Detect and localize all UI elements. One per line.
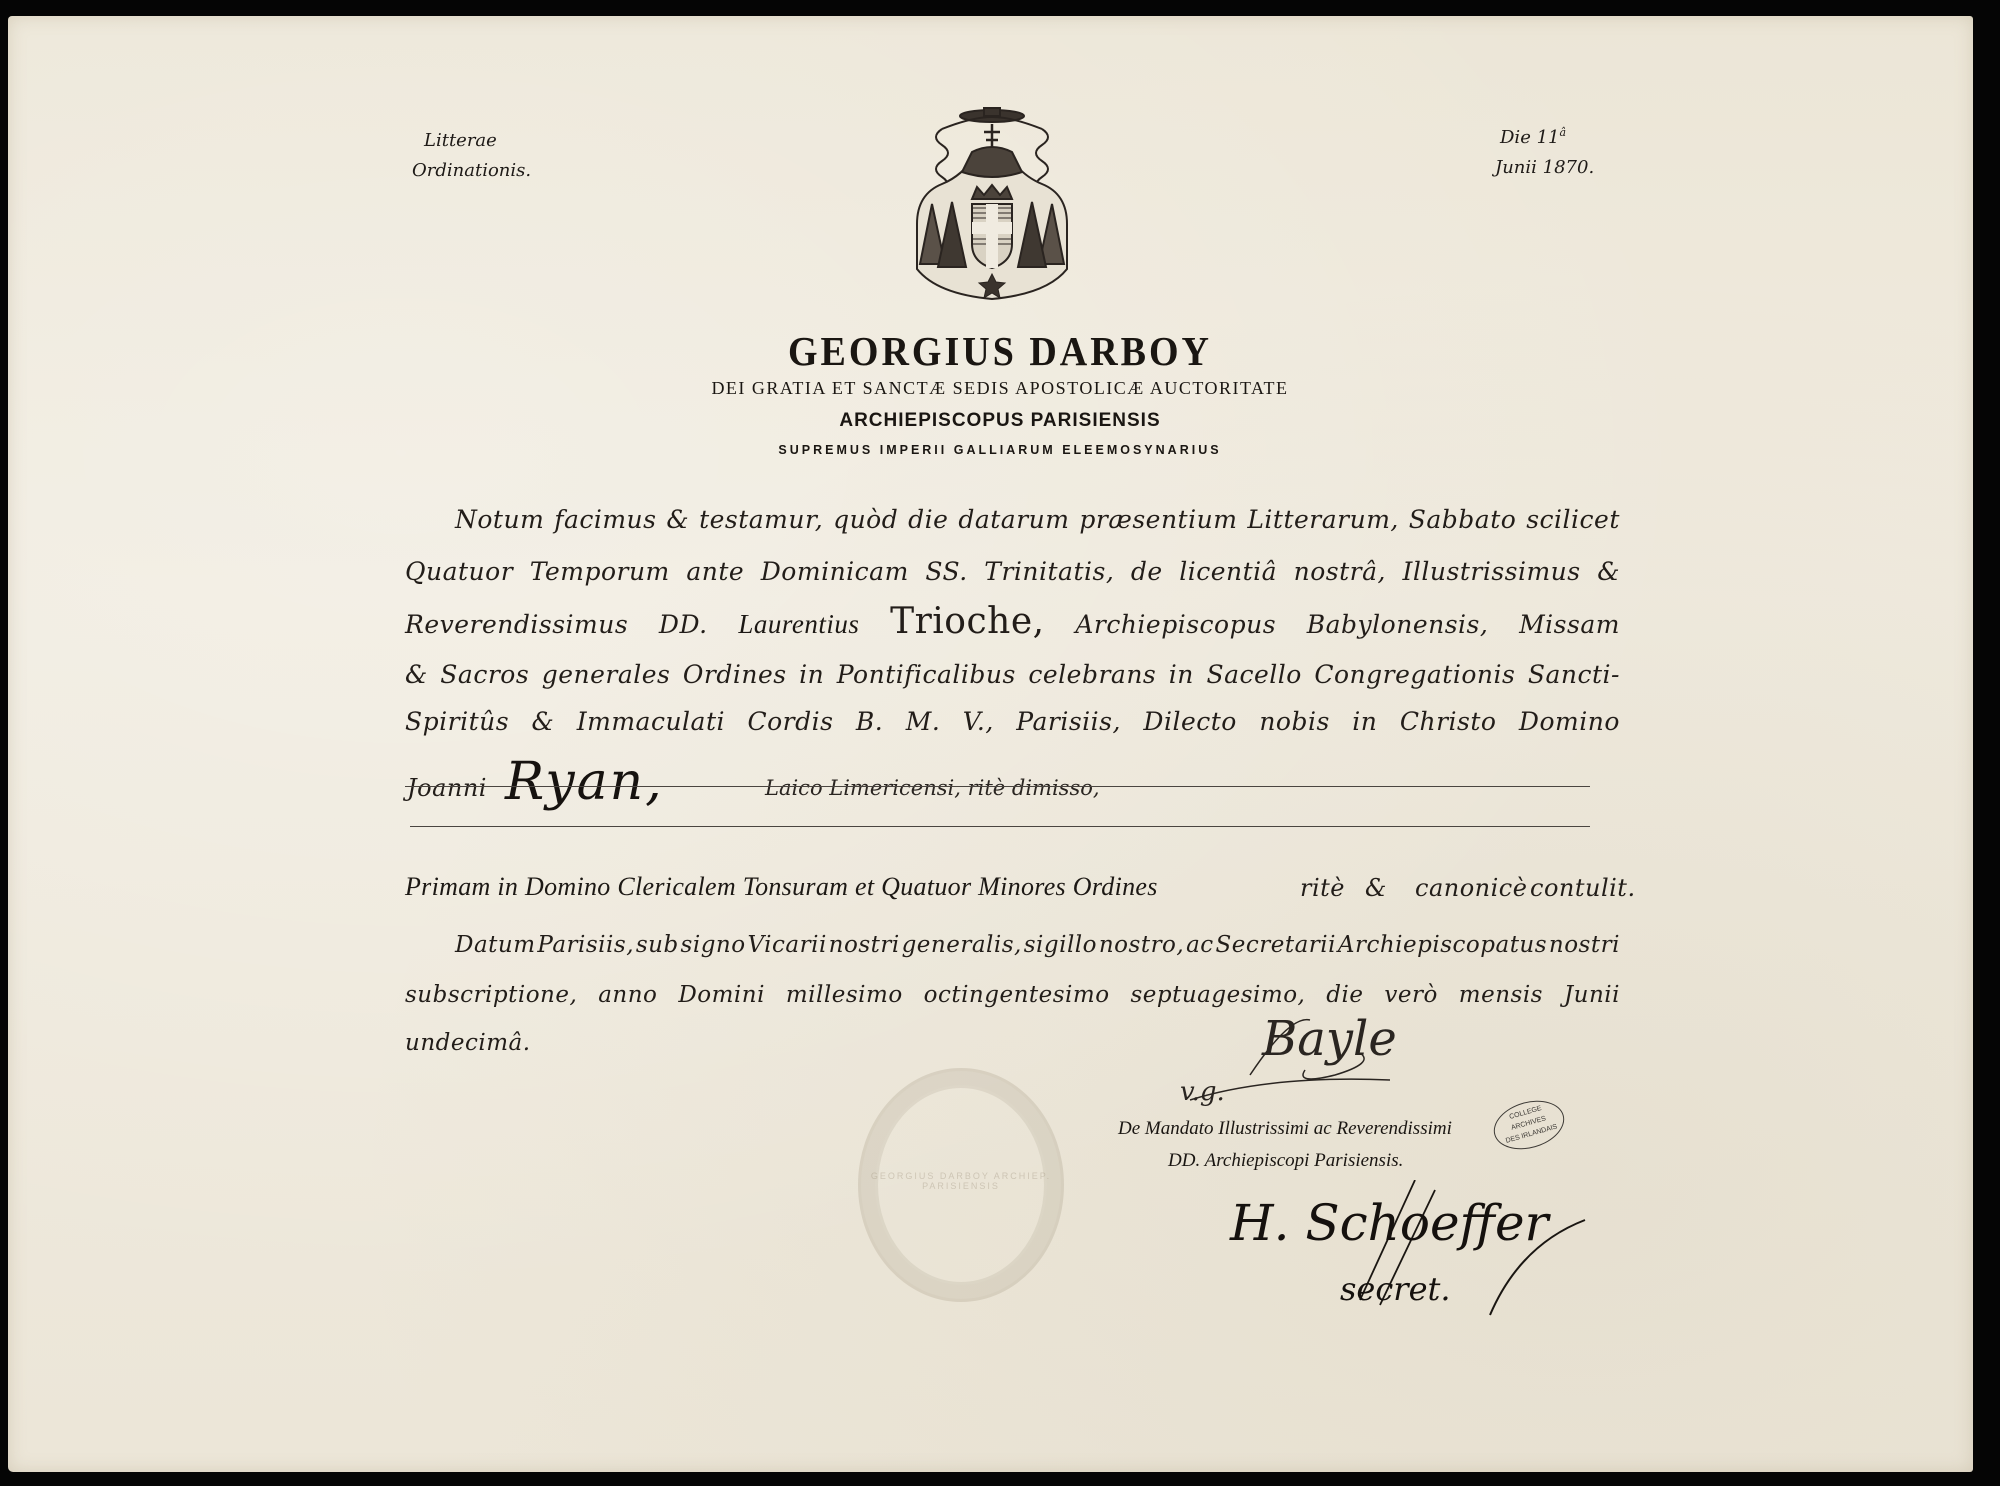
note-ordinationis: Ordinationis.	[412, 156, 531, 186]
order-conferred: Primam in Domino Clericalem Tonsuram et …	[405, 872, 1158, 902]
word: Missam	[1519, 605, 1620, 645]
word: Temporum	[530, 552, 670, 592]
date-day: Die 11	[1500, 127, 1559, 148]
word: nostri	[1549, 925, 1620, 965]
word: Sacello	[1206, 655, 1301, 695]
word: Domini	[678, 975, 765, 1015]
word: Notum	[455, 500, 544, 540]
word: generales	[542, 655, 671, 695]
word: celebrans	[1028, 655, 1156, 695]
word: &	[1597, 552, 1620, 592]
word: quòd	[833, 500, 898, 540]
word: &	[666, 500, 689, 540]
word: nostri	[829, 925, 900, 965]
word: Domino	[1519, 702, 1620, 742]
word: Quatuor	[405, 552, 513, 592]
datum-line-2: subscriptione, anno Domini millesimo oct…	[405, 975, 1620, 1015]
word: Trinitatis,	[984, 552, 1114, 592]
secretary-signature-text: H. Schoeffer	[1230, 1194, 1548, 1252]
word: Archiepiscopatus	[1338, 925, 1547, 965]
word: Dominicam	[761, 552, 909, 592]
word: Babylonensis,	[1307, 605, 1489, 645]
recipient-name: Ryan,	[505, 752, 664, 812]
word: Archiepiscopus	[1075, 605, 1276, 645]
recipient-prefix: Joanni	[407, 774, 487, 802]
coat-of-arms-icon	[902, 104, 1082, 309]
header-line-archiepiscopus: ARCHIEPISCOPUS PARISIENSIS	[0, 410, 2000, 432]
top-left-note: Litterae Ordinationis.	[412, 126, 531, 186]
seal-text: GEORGIUS DARBOY ARCHIEP. PARISIENSIS	[861, 1171, 1061, 1191]
word: datarum	[958, 500, 1069, 540]
word: contulit.	[1530, 874, 1636, 902]
note-litterae: Litterae	[412, 126, 531, 156]
vicar-signature: Bayle v.g.	[1180, 1005, 1420, 1115]
archbishop-name: GEORGIUS DARBOY	[0, 328, 2000, 376]
word: DD.	[659, 605, 708, 645]
fill-in-rule-2	[410, 826, 1590, 827]
body-line-3: Reverendissimus DD. Laurentius Trioche, …	[405, 602, 1620, 642]
word: Vicarii	[747, 925, 826, 965]
word: mensis	[1459, 975, 1543, 1015]
word: canonicè	[1415, 874, 1527, 902]
word: Sabbato	[1409, 500, 1517, 540]
top-right-date-note: Die 11â Junii 1870.	[1495, 118, 1594, 183]
body-line-1: Notum facimus & testamur, quòd die datar…	[455, 500, 1620, 540]
word: &	[405, 655, 428, 695]
word: Cordis	[747, 702, 833, 742]
word: anno	[598, 975, 657, 1015]
word: V.,	[963, 702, 994, 742]
word: Ordines	[683, 655, 787, 695]
word: M.	[906, 702, 941, 742]
body-line-4: & Sacros generales Ordines in Pontifical…	[405, 655, 1620, 695]
consecrator-surname: Trioche,	[890, 602, 1045, 642]
word: nostro,	[1099, 925, 1184, 965]
secretary-title: secret.	[1340, 1270, 1451, 1308]
word: Christo	[1400, 702, 1497, 742]
word: in	[1352, 702, 1377, 742]
word: Reverendissimus	[405, 605, 628, 645]
body-line-2: Quatuor Temporum ante Dominicam SS. Trin…	[405, 552, 1620, 592]
word: Sacros	[440, 655, 529, 695]
datum-line-3: undecimâ.	[405, 1030, 531, 1056]
word: Immaculati	[577, 702, 725, 742]
word: &	[532, 702, 555, 742]
word: Pontificalibus	[837, 655, 1016, 695]
word: signo	[681, 925, 746, 965]
word: in	[1169, 655, 1194, 695]
word: subscriptione,	[405, 975, 577, 1015]
body-line-5: Spiritûs & Immaculati Cordis B. M. V., P…	[405, 702, 1620, 742]
header-line-gratia: DEI GRATIA ET SANCTÆ SEDIS APOSTOLICÆ AU…	[0, 378, 2000, 399]
word: B.	[856, 702, 883, 742]
vicar-title: v.g.	[1180, 1077, 1225, 1107]
word: scilicet	[1526, 500, 1620, 540]
word: Datum	[455, 925, 536, 965]
word: sub	[636, 925, 679, 965]
word: Dilecto	[1143, 702, 1236, 742]
word: Sancti-	[1528, 655, 1620, 695]
word: generalis,	[902, 925, 1022, 965]
word: licentiâ	[1179, 552, 1277, 592]
word: facimus	[554, 500, 656, 540]
word: octingentesimo	[924, 975, 1110, 1015]
word: præsentium	[1079, 500, 1237, 540]
vicar-signature-text: Bayle	[1262, 1011, 1397, 1067]
word: nobis	[1259, 702, 1329, 742]
embossed-seal-icon: GEORGIUS DARBOY ARCHIEP. PARISIENSIS	[858, 1068, 1064, 1302]
datum-line-1: Datum Parisiis, sub signo Vicarii nostri…	[455, 925, 1620, 965]
consecrator-first-name: Laurentius	[738, 604, 859, 644]
date-month-year: Junii 1870.	[1495, 153, 1594, 183]
recipient-detail: Laico Limericensi, ritè dimisso,	[765, 776, 1100, 800]
word: Parisiis,	[537, 925, 634, 965]
header-line-supremus: SUPREMUS IMPERII GALLIARUM ELEEMOSYNARIU…	[0, 443, 2000, 457]
secretary-signature: H. Schoeffer secret.	[1220, 1180, 1600, 1330]
word: Spiritûs	[405, 702, 509, 742]
word: die	[908, 500, 948, 540]
word: Illustrissimus	[1403, 552, 1581, 592]
mandate-line-2: DD. Archiepiscopi Parisiensis.	[1168, 1150, 1403, 1172]
mandate-line-1: De Mandato Illustrissimi ac Reverendissi…	[1118, 1118, 1452, 1140]
word: nostrâ,	[1294, 552, 1386, 592]
fill-in-rule-1	[405, 786, 1590, 787]
date-day-sup: â	[1559, 126, 1566, 139]
recipient-line: Joanni Ryan, Laico Limericensi, ritè dim…	[405, 760, 1605, 820]
word: Secretarii	[1216, 925, 1337, 965]
word: ac	[1186, 925, 1214, 965]
word: Parisiis,	[1016, 702, 1121, 742]
order-conferred-line: Primam in Domino Clericalem Tonsuram et …	[405, 872, 1620, 912]
word: in	[799, 655, 824, 695]
word: Litterarum,	[1247, 500, 1399, 540]
word: testamur,	[699, 500, 823, 540]
word: &	[1365, 874, 1387, 902]
word: millesimo	[786, 975, 903, 1015]
word: sigillo	[1024, 925, 1097, 965]
word: ante	[686, 552, 744, 592]
word: ritè	[1300, 874, 1345, 902]
word: de	[1131, 552, 1163, 592]
word: SS.	[925, 552, 967, 592]
word: Congregationis	[1314, 655, 1515, 695]
word: Junii	[1564, 975, 1620, 1015]
